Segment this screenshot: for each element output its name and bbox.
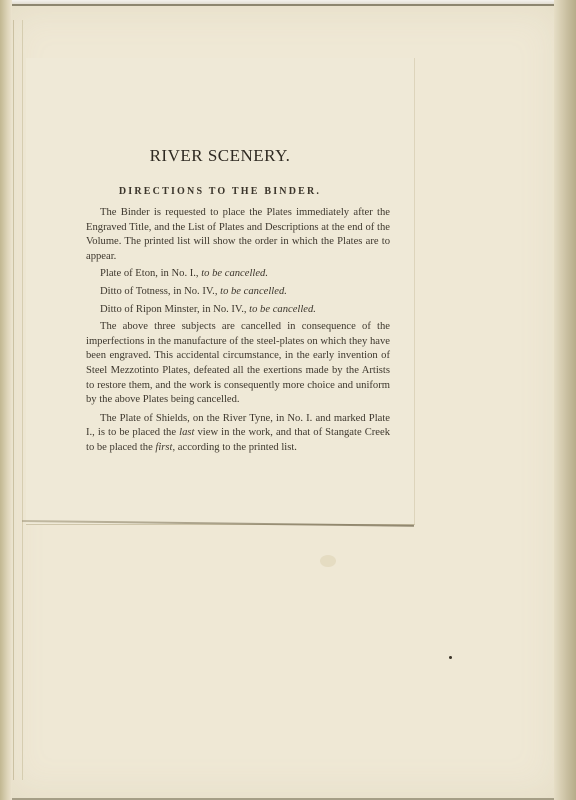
document-subtitle: DIRECTIONS TO THE BINDER. [26, 186, 414, 197]
paragraph-plate-order: The Plate of Shields, on the River Tyne,… [86, 412, 390, 456]
emphasis-first: first [155, 442, 172, 453]
pasted-slip: RIVER SCENERY. DIRECTIONS TO THE BINDER.… [26, 58, 415, 524]
text-segment: , according to the printed list. [173, 442, 297, 453]
gutter-fold-line [22, 20, 23, 780]
item-text: Plate of Eton, in No. I., [100, 268, 201, 279]
item-note: to be cancelled. [249, 304, 316, 315]
item-note: to be cancelled. [201, 268, 268, 279]
ink-speck [449, 656, 452, 659]
cancelled-item-ripon: Ditto of Ripon Minster, in No. IV., to b… [86, 303, 390, 318]
emphasis-last: last [179, 427, 194, 438]
paper-stain [320, 555, 336, 567]
document-title: RIVER SCENERY. [26, 146, 414, 166]
page-right-edge-shadow [554, 0, 576, 800]
item-text: Ditto of Totness, in No. IV., [100, 286, 220, 297]
document-body: The Binder is requested to place the Pla… [86, 206, 390, 458]
cancelled-item-totness: Ditto of Totness, in No. IV., to be canc… [86, 285, 390, 300]
paragraph-explanation: The above three subjects are cancelled i… [86, 320, 390, 408]
gutter-fold-line [13, 20, 14, 780]
item-text: Ditto of Ripon Minster, in No. IV., [100, 304, 249, 315]
item-note: to be cancelled. [220, 286, 287, 297]
cancelled-item-eton: Plate of Eton, in No. I., to be cancelle… [86, 267, 390, 282]
page-gutter [0, 0, 12, 800]
paragraph-instructions: The Binder is requested to place the Pla… [86, 206, 390, 264]
